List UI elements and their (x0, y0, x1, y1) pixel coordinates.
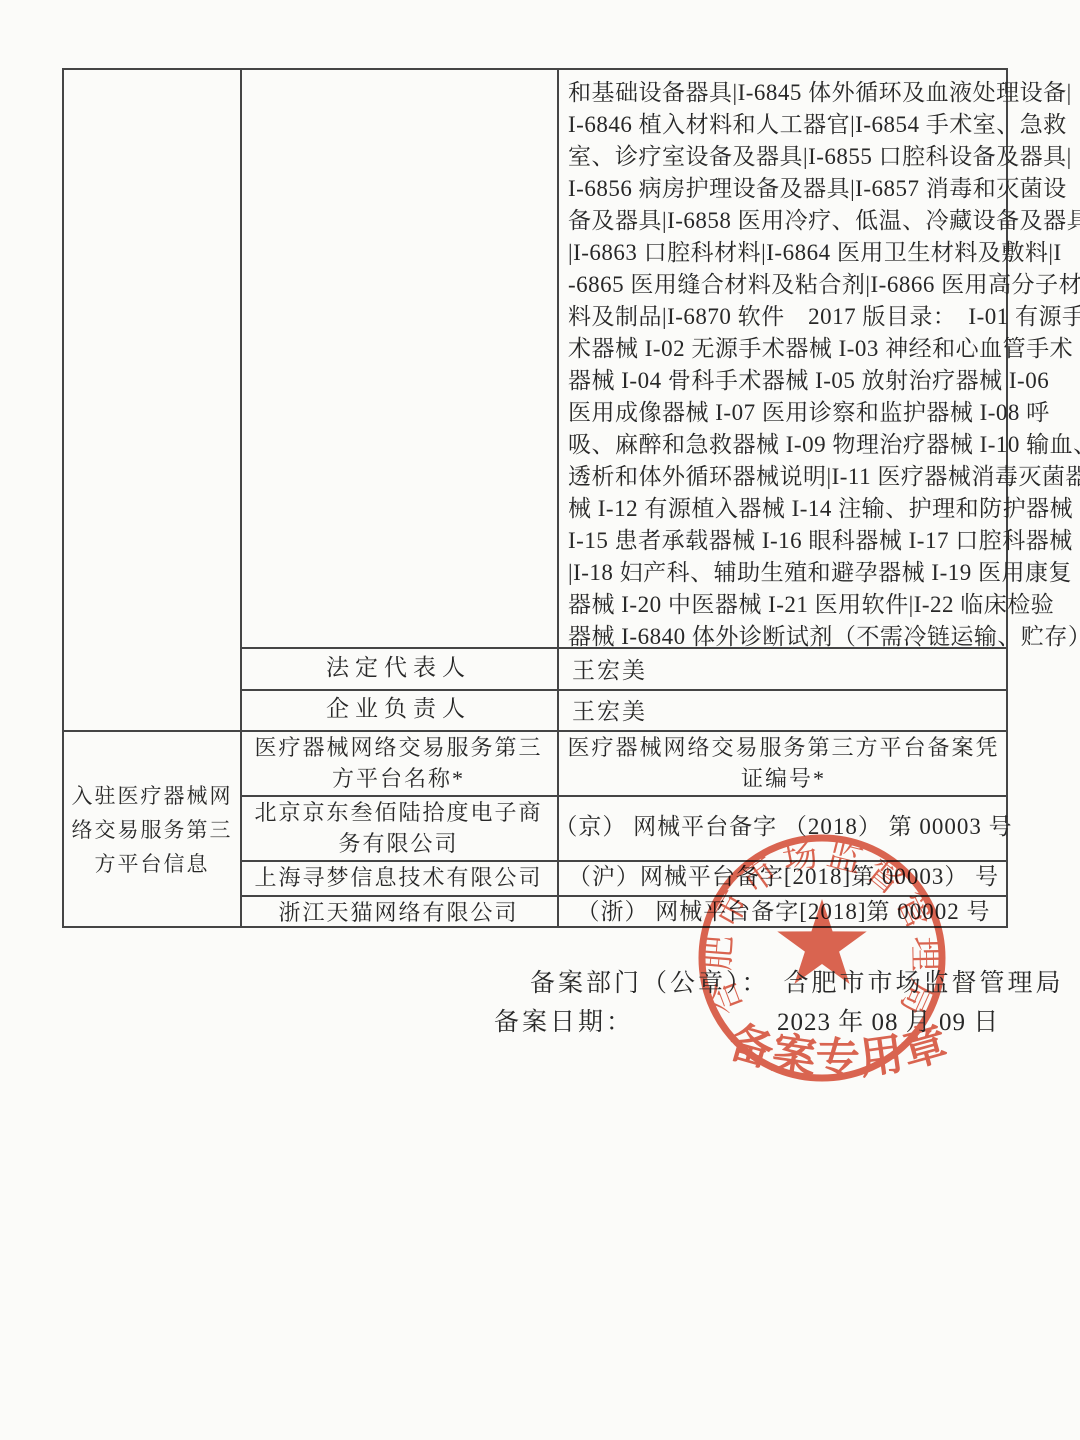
text-line: 器械 I-20 中医器械 I-21 医用软件|I-22 临床检验 (568, 589, 1008, 621)
filing-department-value: 合肥市市场监督管理局 (784, 970, 1064, 997)
enterprise-head-value: 王宏美 (572, 689, 1002, 730)
text-line: 术器械 I-02 无源手术器械 I-03 神经和心血管手术 (568, 333, 1008, 365)
text-line: 上海寻梦信息技术有限公司 (254, 862, 542, 893)
text-line: 备及器具|I-6858 医用冷疗、低温、冷藏设备及器具 (568, 205, 1008, 237)
platform-section-header: 入驻医疗器械网络交易服务第三方平台信息 (64, 730, 240, 930)
text-line: 证编号* (741, 763, 826, 794)
filing-table: 和基础设备器具|I-6845 体外循环及血液处理设备|I-6846 植入材料和人… (62, 68, 1008, 928)
text-line: 和基础设备器具|I-6845 体外循环及血液处理设备| (568, 77, 1008, 109)
text-line: I-15 患者承载器械 I-16 眼科器械 I-17 口腔科器械 (568, 525, 1008, 557)
filing-department-label: 备案部门（公章）： (530, 970, 770, 997)
legal-representative-label: 法定代表人 (240, 647, 557, 689)
scanned-filing-document: 和基础设备器具|I-6845 体外循环及血液处理设备|I-6846 植入材料和人… (0, 0, 1080, 1440)
text-line: 械 I-12 有源植入器械 I-14 注输、护理和防护器械 (568, 493, 1008, 525)
platform-name-tmall: 浙江天猫网络有限公司 (240, 895, 557, 930)
text-line: 器械 I-04 骨科手术器械 I-05 放射治疗器械 I-06 (568, 365, 1008, 397)
filing-department-line: 备案部门（公章）：合肥市市场监督管理局 (530, 963, 1064, 999)
text-line: 室、诊疗室设备及器具|I-6855 口腔科设备及器具| (568, 141, 1008, 173)
text-line: 医疗器械网络交易服务第三方平台备案凭 (567, 732, 999, 763)
text-line: 医用成像器械 I-07 医用诊察和监护器械 I-08 呼 (568, 397, 1008, 429)
text-line: I-6856 病房护理设备及器具|I-6857 消毒和灭菌设 (568, 173, 1008, 205)
text-line: 吸、麻醉和急救器械 I-09 物理治疗器械 I-10 输血、 (568, 429, 1008, 461)
platform-name-column-header: 医疗器械网络交易服务第三方平台名称* (240, 730, 557, 795)
text-line: 医疗器械网络交易服务第三 (254, 732, 542, 763)
text-line: 方平台名称* (332, 763, 465, 794)
text-line: 料及制品|I-6870 软件 2017 版目录： I-01 有源手 (568, 301, 1008, 333)
text-line: 浙江天猫网络有限公司 (278, 897, 518, 928)
text-line: 方平台信息 (95, 847, 210, 881)
text-line: I-6846 植入材料和人工器官|I-6854 手术室、急救 (568, 109, 1008, 141)
enterprise-head-label: 企业负责人 (240, 689, 557, 730)
platform-name-xunmeng: 上海寻梦信息技术有限公司 (240, 860, 557, 895)
device-scope-text: 和基础设备器具|I-6845 体外循环及血液处理设备|I-6846 植入材料和人… (568, 77, 1008, 653)
platform-name-jd: 北京京东叁佰陆拾度电子商务有限公司 (240, 795, 557, 860)
filing-date-label: 备案日期： (494, 1002, 634, 1038)
text-line: 络交易服务第三 (72, 813, 233, 847)
text-line: 入驻医疗器械网 (72, 779, 233, 813)
text-line: |I-18 妇产科、辅助生殖和避孕器械 I-19 医用康复 (568, 557, 1008, 589)
text-line: 北京京东叁佰陆拾度电子商 (254, 797, 542, 828)
platform-cert-column-header: 医疗器械网络交易服务第三方平台备案凭证编号* (557, 730, 1010, 795)
text-line: 务有限公司 (338, 828, 458, 859)
text-line: -6865 医用缝合材料及粘合剂|I-6866 医用高分子材 (568, 269, 1008, 301)
legal-representative-value: 王宏美 (572, 647, 1002, 689)
filing-date-value: 2023 年 08 月 09 日 (777, 1002, 999, 1038)
text-line: 透析和体外循环器械说明|I-11 医疗器械消毒灭菌器 (568, 461, 1008, 493)
text-line: |I-6863 口腔科材料|I-6864 医用卫生材料及敷料|I (568, 237, 1008, 269)
